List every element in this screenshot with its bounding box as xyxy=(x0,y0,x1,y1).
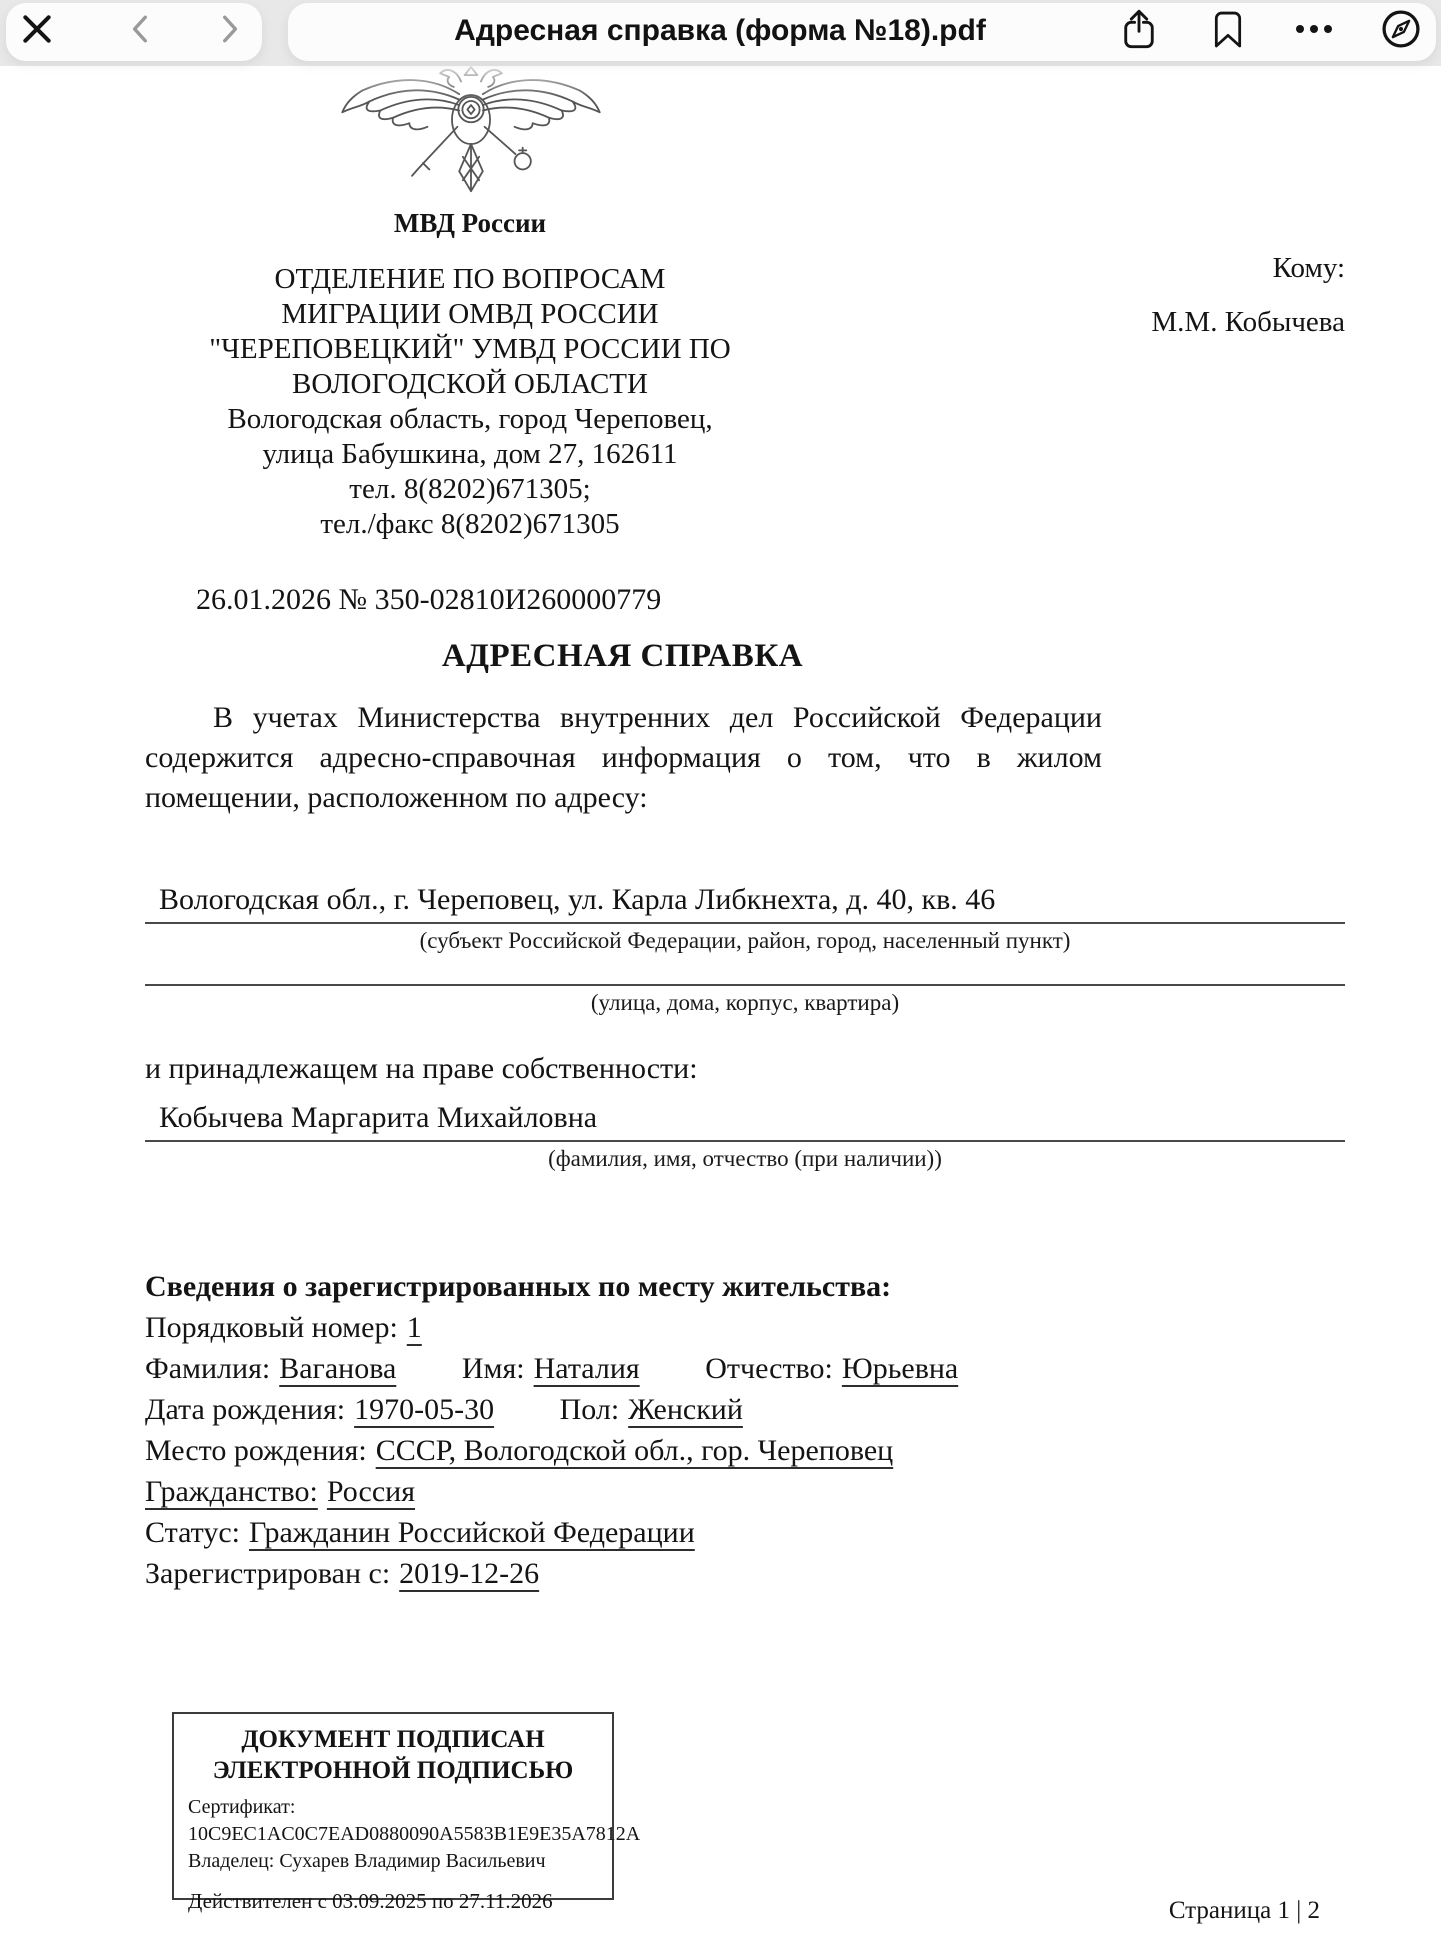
back-button[interactable] xyxy=(112,0,170,58)
forward-button[interactable] xyxy=(200,0,258,58)
owner-caption: (фамилия, имя, отчество (при наличии)) xyxy=(145,1146,1345,1172)
field-value: 1 xyxy=(407,1311,422,1344)
field-value: Юрьевна xyxy=(842,1352,958,1385)
toolbar: Адресная справка (форма №18).pdf xyxy=(0,0,1441,66)
forward-icon xyxy=(213,13,245,45)
compass-icon xyxy=(1380,8,1422,50)
org-line: Вологодская область, город Череповец, xyxy=(145,402,795,437)
close-button[interactable] xyxy=(8,0,66,58)
registration-heading: Сведения о зарегистрированных по месту ж… xyxy=(145,1266,1245,1307)
certificate-owner: Владелец: Сухарев Владимир Васильевич xyxy=(188,1848,598,1875)
field-label: Место рождения: xyxy=(145,1434,367,1467)
org-line: МИГРАЦИИ ОМВД РОССИИ xyxy=(145,297,795,332)
address-value: Вологодская обл., г. Череповец, ул. Карл… xyxy=(145,878,1345,924)
registration-row: Порядковый номер:1 xyxy=(145,1307,1245,1348)
owner-value: Кобычева Маргарита Михайловна xyxy=(145,1096,1345,1142)
back-icon xyxy=(125,13,157,45)
field-label: Зарегистрирован с: xyxy=(145,1557,390,1590)
field-label: Статус: xyxy=(145,1516,240,1549)
recipient-name: М.М. Кобычева xyxy=(1151,306,1345,339)
certificate-validity: Действителен с 03.09.2025 по 27.11.2026 xyxy=(188,1889,598,1914)
bookmark-icon xyxy=(1211,9,1245,49)
page-number: Страница 1 | 2 xyxy=(1169,1897,1320,1925)
signature-title-line2: ЭЛЕКТРОННОЙ ПОДПИСЬЮ xyxy=(188,1755,598,1786)
field-label: Имя: xyxy=(462,1352,525,1385)
registration-row: Гражданство:Россия xyxy=(145,1471,1245,1512)
field-value: Ваганова xyxy=(279,1352,396,1385)
bookmark-button[interactable] xyxy=(1199,0,1257,58)
field-label: Отчество: xyxy=(705,1352,833,1385)
org-line: тел./факс 8(8202)671305 xyxy=(145,507,795,542)
field-value: 2019-12-26 xyxy=(399,1557,539,1590)
close-icon xyxy=(19,11,55,47)
field-label: Фамилия: xyxy=(145,1352,270,1385)
field-value: Наталия xyxy=(534,1352,640,1385)
org-line: тел. 8(8202)671305; xyxy=(145,472,795,507)
certificate-label: Сертификат: xyxy=(188,1794,598,1821)
registration-row: Зарегистрирован с:2019-12-26 xyxy=(145,1553,1245,1594)
field-value: СССР, Вологодской обл., гор. Череповец xyxy=(376,1434,894,1467)
registration-row: Фамилия:Ваганова Имя:Наталия Отчество:Юр… xyxy=(145,1348,1245,1389)
org-line: ОТДЕЛЕНИЕ ПО ВОПРОСАМ xyxy=(145,262,795,297)
document-title: Адресная справка (форма №18).pdf xyxy=(454,0,986,60)
more-button[interactable] xyxy=(1285,0,1343,58)
field-value: Россия xyxy=(327,1475,415,1508)
owner-field: Кобычева Маргарита Михайловна (фамилия, … xyxy=(145,1096,1345,1172)
address-caption: (субъект Российской Федерации, район, го… xyxy=(145,928,1345,954)
agency-name: МВД России xyxy=(145,208,795,239)
share-icon xyxy=(1120,8,1158,50)
reference-number-line: 26.01.2026 № 350-02810И260000779 xyxy=(196,583,661,617)
certificate-title: АДРЕСНАЯ СПРАВКА xyxy=(145,638,1100,675)
address-field-2: (улица, дома, корпус, квартира) xyxy=(145,956,1345,1016)
ownership-intro: и принадлежащем на праве собственности: xyxy=(145,1052,698,1086)
share-button[interactable] xyxy=(1110,0,1168,58)
org-line: "ЧЕРЕПОВЕЦКИЙ" УМВД РОССИИ ПО xyxy=(145,332,795,367)
signature-title-line1: ДОКУМЕНТ ПОДПИСАН xyxy=(188,1724,598,1755)
org-line: ВОЛОГОДСКОЙ ОБЛАСТИ xyxy=(145,367,795,402)
registration-row: Дата рождения:1970-05-30 Пол:Женский xyxy=(145,1389,1245,1430)
field-value: Гражданин Российской Федерации xyxy=(249,1516,695,1549)
registration-row: Статус:Гражданин Российской Федерации xyxy=(145,1512,1245,1553)
field-label: Дата рождения: xyxy=(145,1393,345,1426)
field-label: Гражданство: xyxy=(145,1475,318,1508)
field-label: Пол: xyxy=(560,1393,620,1426)
address-value-2 xyxy=(145,956,1345,986)
address-caption-2: (улица, дома, корпус, квартира) xyxy=(145,990,1345,1016)
more-icon xyxy=(1294,23,1334,35)
issuing-office-block: ОТДЕЛЕНИЕ ПО ВОПРОСАМ МИГРАЦИИ ОМВД РОСС… xyxy=(145,262,795,542)
recipient-label: Кому: xyxy=(1151,252,1345,285)
field-value: Женский xyxy=(628,1393,743,1426)
recipient-block: Кому: М.М. Кобычева xyxy=(1151,252,1345,339)
address-field: Вологодская обл., г. Череповец, ул. Карл… xyxy=(145,878,1345,954)
field-value: 1970-05-30 xyxy=(354,1393,494,1426)
electronic-signature-box: ДОКУМЕНТ ПОДПИСАН ЭЛЕКТРОННОЙ ПОДПИСЬЮ С… xyxy=(172,1712,614,1900)
field-label: Порядковый номер: xyxy=(145,1311,398,1344)
registration-row: Место рождения:СССР, Вологодской обл., г… xyxy=(145,1430,1245,1471)
org-line: улица Бабушкина, дом 27, 162611 xyxy=(145,437,795,472)
open-in-safari-button[interactable] xyxy=(1372,0,1430,58)
certificate-value: 10C9EC1AC0C7EAD0880090A5583B1E9E35A7812A xyxy=(188,1821,598,1848)
intro-paragraph: В учетах Министерства внутренних дел Рос… xyxy=(145,698,1102,818)
registration-section: Сведения о зарегистрированных по месту ж… xyxy=(145,1266,1245,1594)
